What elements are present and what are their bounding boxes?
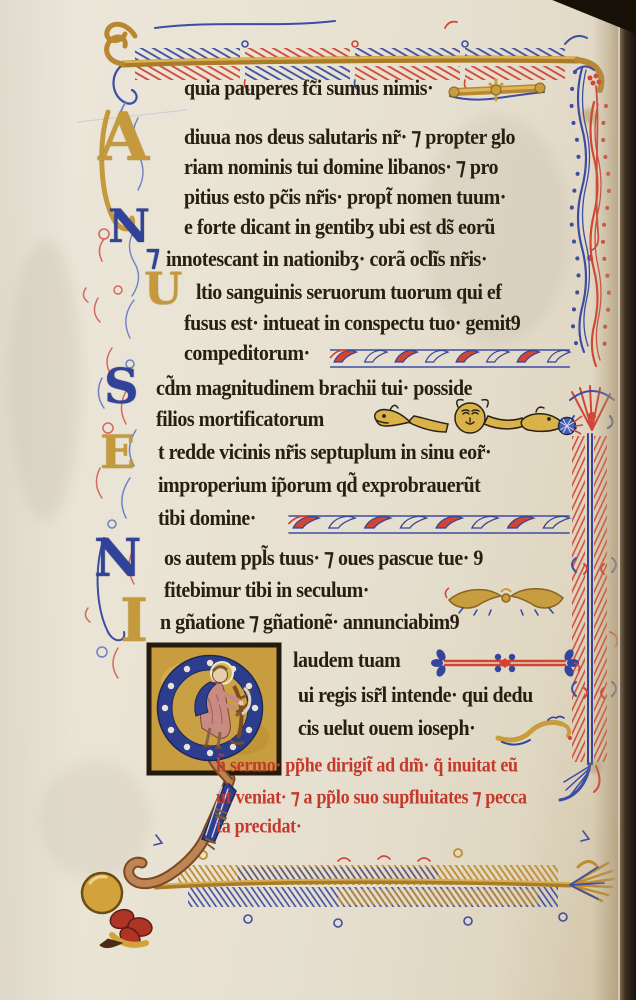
- wave-bar-filler: [328, 346, 572, 370]
- text-line: filios mortificatorum: [156, 407, 324, 433]
- verse-initial-i: I: [120, 594, 148, 648]
- text-line: improperium ip̃orum qd̃ exprobrauerũt: [158, 473, 480, 499]
- verse-initial-n2: N: [94, 536, 142, 583]
- gold-bar-filler: [446, 78, 548, 106]
- manuscript-page-photo: A N ⁊ U S E N I quia pauperes fc̃i sumus…: [0, 0, 636, 1000]
- book-edge: [620, 0, 636, 1000]
- text-line: tibi domine·: [158, 506, 256, 532]
- parchment-stain: [10, 240, 82, 520]
- text-line: e forte dicant in gentibʒ ubi est ds̃ eo…: [184, 215, 495, 241]
- text-line: compeditorum·: [184, 341, 310, 367]
- text-line: diuua nos deus salutaris nr̃· ⁊ propter …: [184, 125, 515, 151]
- text-line: laudem tuam: [293, 648, 400, 674]
- text-line: riam nominis tui domine libanos· ⁊ pro: [184, 155, 498, 181]
- gold-leaf-filler: [492, 714, 576, 748]
- gold-wing-filler: [443, 582, 569, 614]
- dragon-tail-creature: [82, 779, 236, 950]
- text-line: quia pauperes fc̃i sumus nimis·: [184, 76, 433, 102]
- verse-initial-u: U: [144, 270, 182, 310]
- rubric-line: ta precidat·: [216, 816, 302, 838]
- verse-initial-n: N: [108, 206, 150, 247]
- text-line: cis uelut ouem ioseph·: [298, 716, 475, 742]
- text-line: fusus est· intueat in conspectu tuo· gem…: [184, 311, 520, 337]
- text-line: ltio sanguinis seruorum tuorum qui ef: [196, 280, 501, 306]
- verse-initial-a: A: [98, 108, 149, 167]
- verse-initial-e: E: [100, 432, 135, 473]
- verse-initial-s: S: [104, 366, 139, 409]
- text-line: pitius esto pc̃is nr̃is· propt̃ nomen tu…: [184, 185, 506, 211]
- text-line: os autem ppl̃s tuus· ⁊ oues pascue tue· …: [164, 546, 483, 572]
- rubric-line: h̃ sermo· pp̃he dirigit̃ ad dm̃· q̃ inui…: [216, 755, 518, 777]
- wave-bar-filler: [286, 512, 572, 536]
- fleur-bar-filler: [432, 648, 578, 678]
- text-line: t redde vicinis nr̃is septuplum in sinu …: [158, 440, 491, 466]
- lion-mask-dragons-filler: [370, 398, 580, 446]
- text-line: fitebimur tibi in seculum·: [164, 578, 369, 604]
- rubric-line: ut veniat· ⁊ a pp̃lo suo supfluitates ⁊ …: [216, 787, 527, 809]
- text-line: innotescant in nationibʒ· corã oclĩs nr̃…: [166, 247, 487, 273]
- text-line: ui regis isr̃l intende· qui dedu: [298, 683, 533, 709]
- text-line: cd̃m magnitudinem brachii tui· posside: [156, 376, 472, 402]
- text-line: n gñatione ⁊ gñationẽ· annunciabim9: [160, 610, 459, 636]
